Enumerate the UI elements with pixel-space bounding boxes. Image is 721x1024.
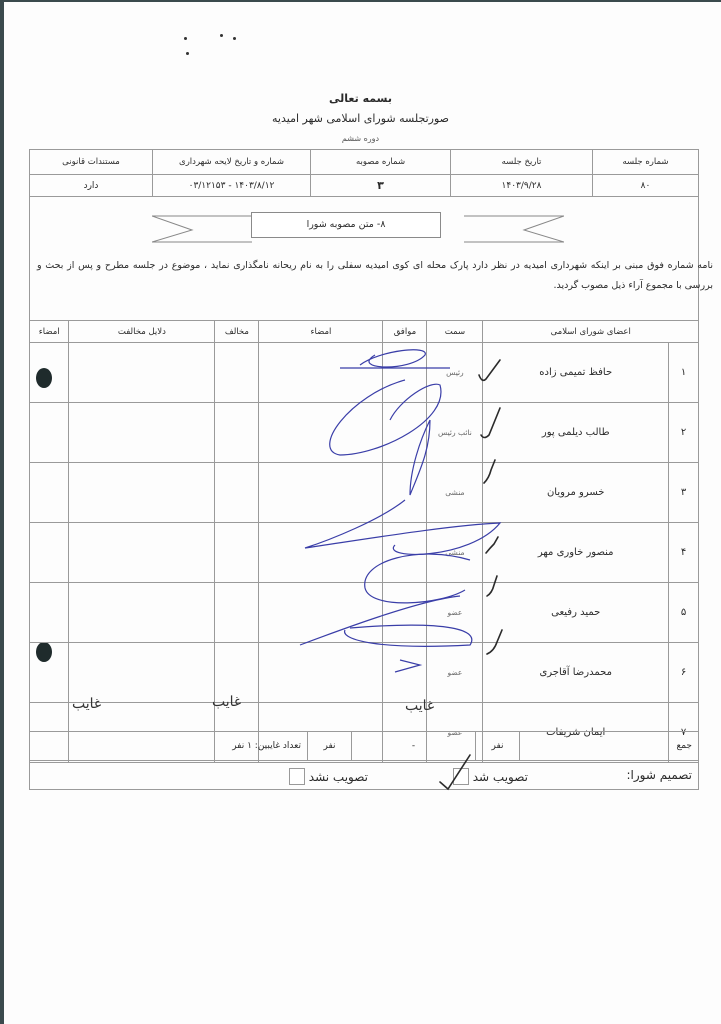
header-agree-signature: امضاء bbox=[259, 321, 383, 343]
header-oppose-reasons: دلایل مخالفت bbox=[69, 321, 215, 343]
oppose-cell bbox=[215, 583, 259, 643]
scan-speck bbox=[186, 52, 189, 55]
oppose-reason-cell bbox=[69, 583, 215, 643]
member-name: حافظ تمیمی زاده bbox=[483, 343, 669, 403]
oppose-reason-cell bbox=[69, 643, 215, 703]
rejected-option[interactable]: تصویب نشد bbox=[289, 768, 368, 785]
oppose-cell bbox=[215, 523, 259, 583]
oppose-signature-cell bbox=[30, 643, 69, 703]
member-row: ۵ حمید رفیعی عضو bbox=[30, 583, 699, 643]
resolution-banner-label: ۸- متن مصوبه شورا bbox=[251, 212, 441, 238]
approved-option[interactable]: تصویب شد bbox=[453, 768, 528, 785]
document-title: صورتجلسه شورای اسلامی شهر امیدیه bbox=[0, 112, 721, 125]
oppose-cell bbox=[215, 643, 259, 703]
member-position: منشی bbox=[427, 523, 483, 583]
member-number: ۴ bbox=[669, 523, 699, 583]
member-position: عضو bbox=[427, 643, 483, 703]
member-row: ۲ طالب دیلمی پور نائب رئیس bbox=[30, 403, 699, 463]
decision-label: تصمیم شورا: bbox=[626, 768, 692, 782]
oppose-signature-cell bbox=[30, 343, 69, 403]
header-resolution-number: شماره مصوبه bbox=[311, 150, 451, 175]
totals-table: جمع نفر - نفر تعداد غایبین: ۱ نفر bbox=[29, 731, 699, 761]
member-position: عضو bbox=[427, 583, 483, 643]
member-position: نائب رئیس bbox=[427, 403, 483, 463]
rejected-label: تصویب نشد bbox=[309, 770, 368, 784]
member-row: ۳ خسرو مرویان منشی bbox=[30, 463, 699, 523]
member-row: ۴ منصور خاوری مهر منشی bbox=[30, 523, 699, 583]
header-position: سمت bbox=[427, 321, 483, 343]
header-session-number: شماره جلسه bbox=[593, 150, 699, 175]
oppose-cell bbox=[215, 403, 259, 463]
approved-label: تصویب شد bbox=[473, 770, 528, 784]
member-number: ۲ bbox=[669, 403, 699, 463]
totals-label: جمع bbox=[520, 732, 699, 761]
agree-total-unit: نفر bbox=[476, 732, 520, 761]
member-number: ۵ bbox=[669, 583, 699, 643]
agree-signature-cell bbox=[259, 583, 383, 643]
oppose-cell bbox=[215, 343, 259, 403]
bill-number-date: ۱۴۰۳/۸/۱۲ - ۰۳/۱۲۱۵۳ bbox=[153, 175, 311, 197]
invocation: بسمه تعالی bbox=[0, 92, 721, 105]
scan-speck bbox=[184, 37, 187, 40]
absent-count: تعداد غایبین: ۱ نفر bbox=[30, 732, 308, 761]
legal-documents: دارد bbox=[30, 175, 153, 197]
oppose-reason-cell bbox=[69, 343, 215, 403]
agree-cell bbox=[383, 523, 427, 583]
session-number: ۸۰ bbox=[593, 175, 699, 197]
approved-checkbox[interactable] bbox=[453, 768, 469, 785]
resolution-text: نامه شماره فوق مبنی بر اینکه شهرداری امی… bbox=[37, 256, 713, 296]
members-vote-table: اعضای شورای اسلامی سمت موافق امضاء مخالف… bbox=[29, 320, 699, 763]
header-oppose-signature: امضاء bbox=[30, 321, 69, 343]
session-date: ۱۴۰۳/۹/۲۸ bbox=[451, 175, 593, 197]
member-name: حمید رفیعی bbox=[483, 583, 669, 643]
agree-cell bbox=[383, 403, 427, 463]
oppose-signature-cell bbox=[30, 403, 69, 463]
header-legal-documents: مستندات قانونی bbox=[30, 150, 153, 175]
member-row: ۶ محمدرضا آقاجری عضو bbox=[30, 643, 699, 703]
header-session-date: تاریخ جلسه bbox=[451, 150, 593, 175]
oppose-total-unit: نفر bbox=[308, 732, 352, 761]
agree-signature-cell bbox=[259, 343, 383, 403]
header-members: اعضای شورای اسلامی bbox=[483, 321, 699, 343]
member-name: خسرو مرویان bbox=[483, 463, 669, 523]
member-position: رئیس bbox=[427, 343, 483, 403]
rejected-checkbox[interactable] bbox=[289, 768, 305, 785]
oppose-reason-cell bbox=[69, 523, 215, 583]
header-agree: موافق bbox=[383, 321, 427, 343]
member-name: منصور خاوری مهر bbox=[483, 523, 669, 583]
member-number: ۱ bbox=[669, 343, 699, 403]
oppose-signature-cell bbox=[30, 523, 69, 583]
agree-signature-cell bbox=[259, 403, 383, 463]
scan-speck bbox=[220, 34, 223, 37]
oppose-signature-cell bbox=[30, 463, 69, 523]
header-bill-number-date: شماره و تاریخ لایحه شهرداری bbox=[153, 150, 311, 175]
scan-speck bbox=[233, 37, 236, 40]
agree-cell bbox=[383, 583, 427, 643]
oppose-reason-cell bbox=[69, 463, 215, 523]
agree-signature-cell bbox=[259, 643, 383, 703]
oppose-cell bbox=[215, 463, 259, 523]
header-oppose: مخالف bbox=[215, 321, 259, 343]
member-position: منشی bbox=[427, 463, 483, 523]
session-info-table: شماره جلسه تاریخ جلسه شماره مصوبه شماره … bbox=[29, 149, 699, 197]
agree-cell bbox=[383, 343, 427, 403]
agree-cell bbox=[383, 643, 427, 703]
agree-signature-cell bbox=[259, 463, 383, 523]
member-number: ۶ bbox=[669, 643, 699, 703]
member-name: محمدرضا آقاجری bbox=[483, 643, 669, 703]
agree-signature-cell bbox=[259, 523, 383, 583]
agree-total-value: - bbox=[352, 732, 476, 761]
oppose-signature-cell bbox=[30, 583, 69, 643]
member-number: ۳ bbox=[669, 463, 699, 523]
resolution-number: ۳ bbox=[311, 175, 451, 197]
council-term: دوره ششم bbox=[0, 134, 721, 143]
council-decision-row: تصمیم شورا: تصویب شد تصویب نشد bbox=[29, 760, 699, 790]
member-row: ۱ حافظ تمیمی زاده رئیس bbox=[30, 343, 699, 403]
member-name: طالب دیلمی پور bbox=[483, 403, 669, 463]
agree-cell bbox=[383, 463, 427, 523]
oppose-reason-cell bbox=[69, 403, 215, 463]
